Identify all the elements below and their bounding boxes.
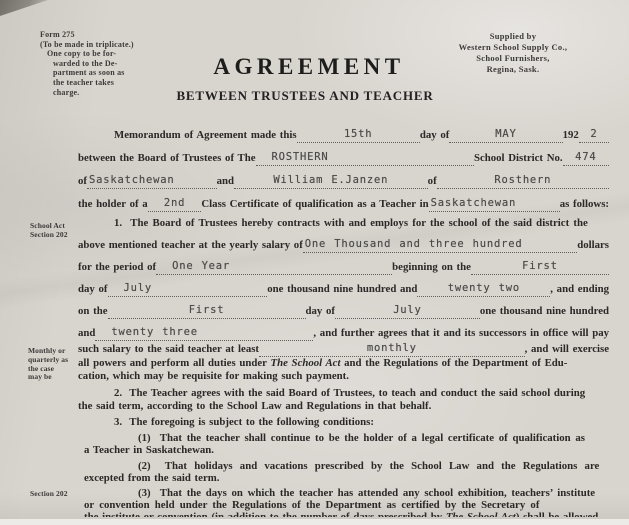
printed-text-italic: The School Act bbox=[270, 357, 340, 369]
printed-text: or convention held under the Regulations… bbox=[84, 499, 539, 511]
printed-text: Class Certificate of qualification as a … bbox=[201, 198, 428, 211]
body-line: excepted from the said term. bbox=[78, 472, 609, 485]
typed-value: twenty three bbox=[111, 326, 197, 339]
printed-text: , and will exercise bbox=[525, 343, 609, 356]
body-line: Memorandum of Agreement made this15thday… bbox=[78, 129, 609, 142]
fill-in-blank: One Thousand and three hundred bbox=[303, 239, 577, 253]
fill-in-blank: One Year bbox=[156, 261, 392, 275]
body-line: on theFirstday ofJulyone thousand nine h… bbox=[78, 305, 609, 318]
printed-text: on the bbox=[78, 305, 108, 318]
note-line: Supplied by bbox=[417, 31, 609, 42]
note-line: Western School Supply Co., bbox=[417, 42, 609, 53]
typed-value: One Thousand and three hundred bbox=[305, 238, 523, 251]
fill-in-blank: July bbox=[108, 283, 268, 297]
typed-value: First bbox=[189, 304, 225, 317]
printed-text: (3) That the days on which the teacher h… bbox=[138, 487, 595, 499]
printed-text: beginning on the bbox=[392, 261, 471, 274]
scanned-agreement-document: Form 275(To be made in triplicate.)One c… bbox=[0, 0, 629, 525]
printed-text: and bbox=[217, 175, 234, 188]
printed-text: School District No. bbox=[474, 152, 563, 165]
body-line: a Teacher in Saskatchewan. bbox=[78, 444, 609, 457]
printed-text: of bbox=[78, 175, 87, 188]
printed-text: for the period of bbox=[78, 261, 156, 274]
body-line: 3. The foregoing is subject to the follo… bbox=[78, 416, 609, 429]
typed-value: 2 bbox=[590, 128, 597, 141]
typed-value: July bbox=[124, 282, 153, 295]
printed-text: the said term, according to the School L… bbox=[78, 400, 431, 412]
typed-value: William E.Janzen bbox=[273, 174, 388, 187]
body-line: ofSaskatchewanandWilliam E.JanzenofRosth… bbox=[78, 175, 609, 188]
body-line: day ofJulyone thousand nine hundred andt… bbox=[78, 283, 609, 296]
margin-note-section-202: Section 202 bbox=[30, 490, 82, 499]
printed-text: the institute or convention (in addition… bbox=[84, 511, 446, 517]
note-line: Form 275 bbox=[40, 30, 165, 40]
fill-in-blank: twenty two bbox=[417, 283, 550, 297]
printed-text: dollars bbox=[577, 239, 609, 252]
typed-value: 2nd bbox=[164, 197, 185, 210]
printed-text: 2. The Teacher agrees with the said Boar… bbox=[114, 387, 585, 399]
printed-text: and bbox=[78, 327, 95, 340]
body-line: andtwenty three, and further agrees that… bbox=[78, 327, 609, 340]
printed-text: all powers and perform all duties under bbox=[78, 357, 270, 369]
printed-text: cation, which may be requisite for makin… bbox=[78, 370, 349, 382]
body-line: the institute or convention (in addition… bbox=[78, 511, 609, 517]
note-line: Section 202 bbox=[30, 490, 82, 499]
printed-text: and the Regulations of the Department of… bbox=[340, 357, 567, 369]
margin-note-monthly-or-quarterly: Monthly orquarterly asthe casemay be bbox=[28, 347, 80, 382]
fill-in-blank: July bbox=[335, 305, 480, 319]
printed-text-italic: The School Act bbox=[446, 511, 516, 517]
typed-value: 474 bbox=[575, 151, 596, 164]
printed-text: the holder of a bbox=[78, 198, 148, 211]
printed-text: a Teacher in Saskatchewan. bbox=[84, 444, 214, 456]
printed-text: as follows: bbox=[560, 198, 609, 211]
typed-value: twenty two bbox=[448, 282, 520, 295]
fill-in-blank: William E.Janzen bbox=[234, 175, 428, 189]
scan-edge-strip bbox=[0, 519, 629, 525]
document-subtitle: BETWEEN TRUSTEES AND TEACHER bbox=[0, 88, 610, 104]
fill-in-blank: Rosthern bbox=[437, 175, 609, 189]
note-line: (To be made in triplicate.) bbox=[40, 40, 165, 50]
printed-text: one thousand nine hundred bbox=[480, 305, 609, 318]
typed-value: July bbox=[393, 304, 422, 317]
body-line: 2. The Teacher agrees with the said Boar… bbox=[78, 387, 609, 400]
typed-value: First bbox=[522, 260, 558, 273]
printed-text: 192 bbox=[563, 129, 579, 142]
printed-text: 1. The Board of Trustees hereby contract… bbox=[114, 217, 588, 229]
fill-in-blank: 474 bbox=[563, 152, 609, 166]
body-line: between the Board of Trustees of TheROST… bbox=[78, 152, 609, 165]
typed-value: MAY bbox=[495, 128, 516, 141]
fill-in-blank: First bbox=[108, 305, 306, 319]
fill-in-blank: First bbox=[471, 261, 609, 275]
printed-text: one thousand nine hundred and bbox=[267, 283, 417, 296]
fill-in-blank: 2 bbox=[579, 129, 609, 143]
printed-text: day of bbox=[78, 283, 108, 296]
note-line: Section 202 bbox=[30, 231, 82, 240]
body-line: above mentioned teacher at the yearly sa… bbox=[78, 239, 609, 252]
printed-text: 3. The foregoing is subject to the follo… bbox=[114, 416, 374, 428]
typed-value: Rosthern bbox=[494, 174, 551, 187]
body-line: the said term, according to the School L… bbox=[78, 400, 609, 413]
printed-text: (2) That holidays and vacations prescrib… bbox=[138, 460, 599, 472]
typed-value: Saskatchewan bbox=[431, 197, 516, 210]
body-line: for the period ofOne Yearbeginning on th… bbox=[78, 261, 609, 274]
printed-text: above mentioned teacher at the yearly sa… bbox=[78, 239, 303, 252]
body-line: all powers and perform all duties under … bbox=[78, 357, 609, 370]
margin-note-school-act-section-202: School ActSection 202 bbox=[30, 222, 82, 240]
printed-text: Memorandum of Agreement made this bbox=[114, 129, 297, 142]
body-line: the holder of a2ndClass Certificate of q… bbox=[78, 198, 609, 211]
fill-in-blank: 2nd bbox=[148, 198, 202, 212]
printed-text: ) shall be allowed bbox=[516, 511, 599, 517]
printed-text: , and ending bbox=[550, 283, 609, 296]
typed-value: 15th bbox=[344, 128, 373, 141]
body-line: such salary to the said teacher at least… bbox=[78, 343, 609, 356]
note-line: may be bbox=[28, 373, 80, 382]
document-body: Memorandum of Agreement made this15thday… bbox=[78, 124, 609, 517]
typed-value: monthly bbox=[367, 342, 417, 355]
fill-in-blank: MAY bbox=[449, 129, 562, 143]
body-line: cation, which may be requisite for makin… bbox=[78, 370, 609, 383]
printed-text: excepted from the said term. bbox=[84, 472, 219, 484]
printed-text: day of bbox=[420, 129, 450, 142]
fill-in-blank: monthly bbox=[259, 343, 525, 357]
typed-value: One Year bbox=[172, 260, 230, 273]
body-line: 1. The Board of Trustees hereby contract… bbox=[78, 217, 609, 230]
printed-text: (1) That the teacher shall continue to b… bbox=[138, 432, 585, 444]
fill-in-blank: Saskatchewan bbox=[87, 175, 217, 189]
printed-text: between the Board of Trustees of The bbox=[78, 152, 256, 165]
fill-in-blank: Saskatchewan bbox=[429, 198, 560, 212]
fill-in-blank: twenty three bbox=[95, 327, 313, 341]
document-title: AGREEMENT bbox=[0, 54, 618, 80]
fill-in-blank: ROSTHERN bbox=[256, 152, 474, 166]
typed-value: ROSTHERN bbox=[272, 151, 329, 164]
printed-text: , and further agrees that it and its suc… bbox=[313, 327, 609, 340]
typed-value: Saskatchewan bbox=[89, 174, 174, 187]
fill-in-blank: 15th bbox=[297, 129, 420, 143]
printed-text: such salary to the said teacher at least bbox=[78, 343, 259, 356]
printed-text: day of bbox=[306, 305, 336, 318]
printed-text: of bbox=[428, 175, 437, 188]
